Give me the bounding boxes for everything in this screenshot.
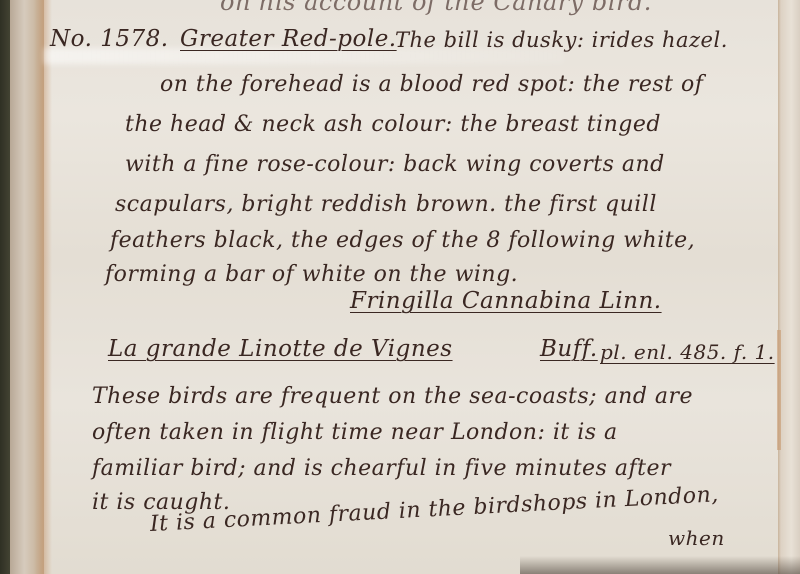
gutter-stain [34,0,52,574]
author-reference: Buff. [540,336,598,362]
text-line-5: scapulars, bright reddish brown. the fir… [115,192,657,217]
text-line-4: with a fine rose-colour: back wing cover… [125,152,665,177]
catchword: when [668,526,725,550]
species-title: Greater Red-pole. [180,26,397,52]
plate-reference: pl. enl. 485. f. 1. [600,340,775,364]
text-line-7: forming a bar of white on the wing. [105,262,518,287]
entry-number: No. 1578. [50,26,169,52]
page-bottom-shadow [520,556,800,574]
text-line-1: The bill is dusky: irides hazel. [395,28,728,52]
text-line-6: feathers black, the edges of the 8 follo… [110,228,695,253]
next-page-edge [778,0,800,574]
text-line-10: These birds are frequent on the sea-coas… [92,384,693,409]
edge-stain [777,330,781,450]
text-line-11: often taken in flight time near London: … [92,420,618,445]
french-name: La grande Linotte de Vignes [108,336,453,362]
text-line-3: the head & neck ash colour: the breast t… [125,112,661,137]
text-line-12: familiar bird; and is chearful in five m… [92,456,671,481]
text-line-2: on the forehead is a blood red spot: the… [160,72,703,97]
latin-name: Fringilla Cannabina Linn. [350,288,662,314]
text-line-0: on his account of the Canary bird. [220,0,652,16]
